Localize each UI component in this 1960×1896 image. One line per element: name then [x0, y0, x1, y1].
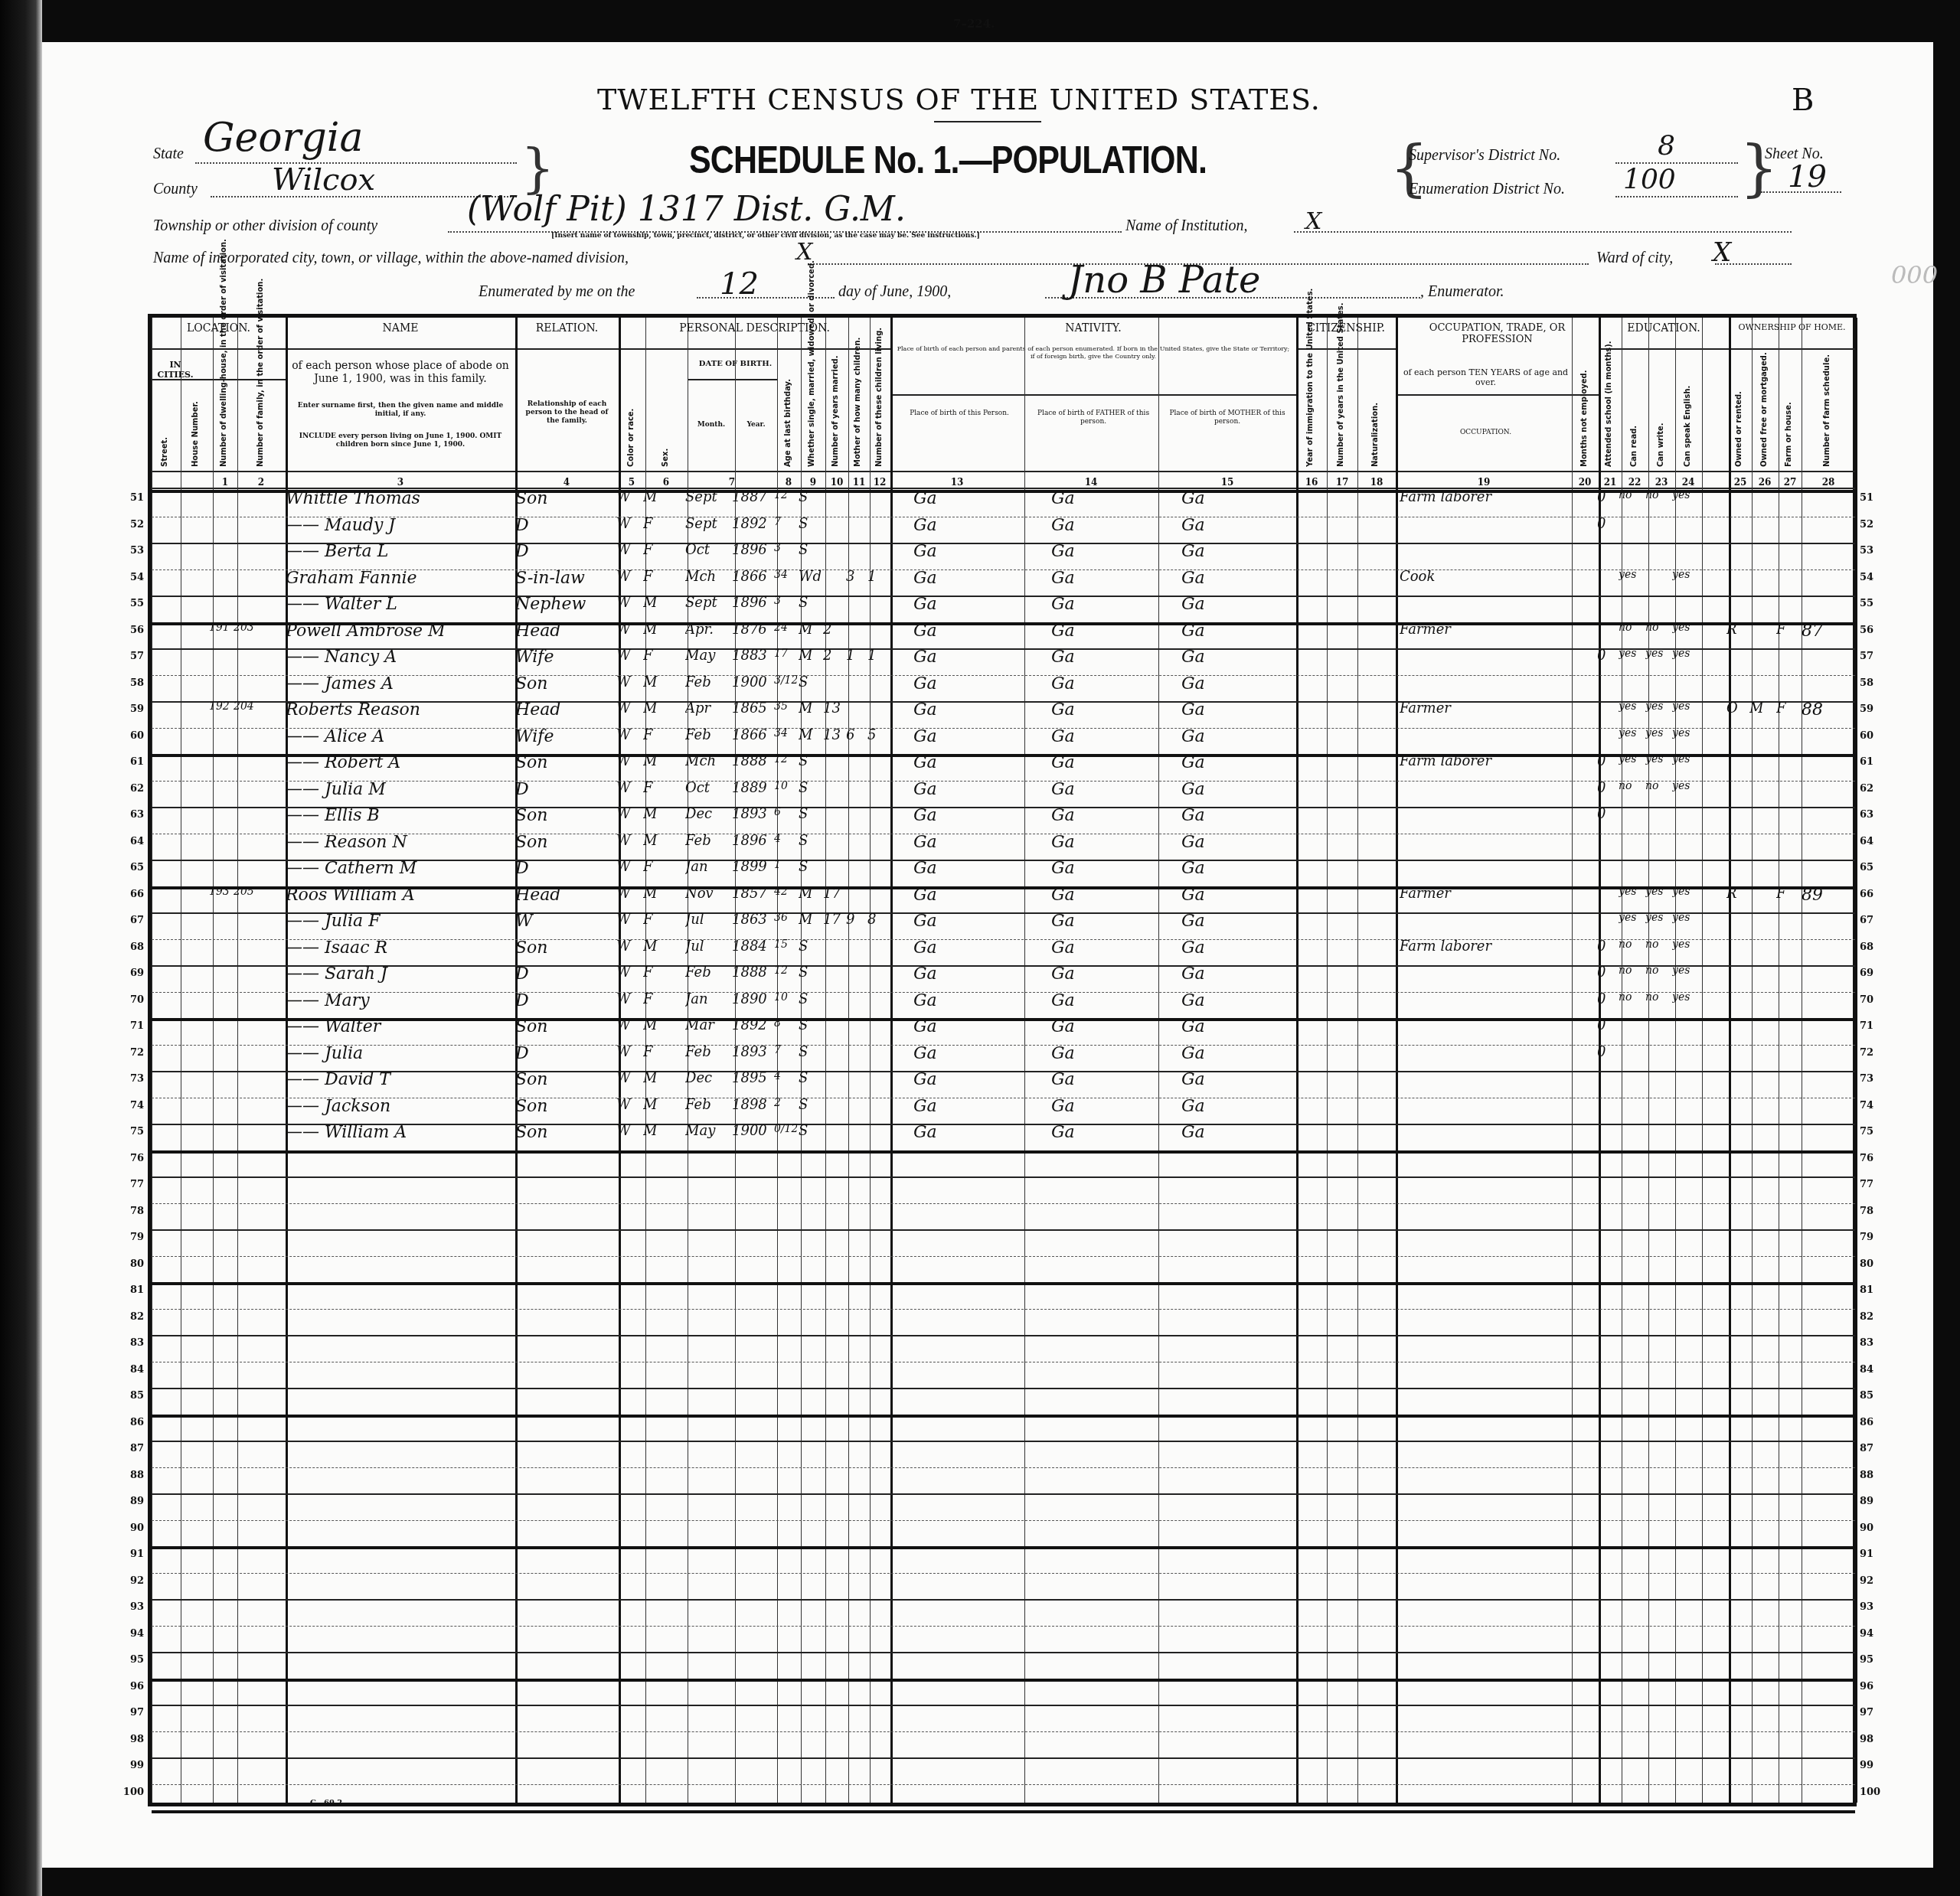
cell-family: 205: [234, 886, 279, 898]
line-number: 78: [1860, 1206, 1890, 1217]
line-number: 54: [113, 572, 144, 583]
supervisor-label: Supervisor's District No.: [1409, 147, 1560, 165]
cell-age: 35: [774, 700, 797, 713]
cell-speak: yes: [1672, 700, 1698, 713]
cell-sched: 88: [1802, 700, 1847, 720]
cell-year: 1900: [732, 1123, 773, 1139]
column-number: 18: [1365, 477, 1388, 488]
column-number: 9: [802, 477, 825, 488]
cell-mort: M: [1749, 700, 1775, 716]
line-number: 60: [1860, 730, 1890, 742]
cell-age: 3: [774, 542, 797, 554]
cell-dwelling: 191: [209, 622, 234, 634]
cell-bf: Ga: [1051, 1017, 1155, 1036]
cell-color: W: [616, 1017, 641, 1033]
line-number: 73: [113, 1073, 144, 1085]
row-rule: [152, 1441, 1855, 1442]
cell-bf: Ga: [1051, 780, 1155, 799]
township-note: [Insert name of township, town, precinct…: [551, 232, 980, 240]
header-naturalization: Naturalization.: [1371, 383, 1380, 467]
cell-marital: S: [799, 1044, 822, 1060]
line-number: 100: [113, 1787, 144, 1798]
cell-sex: F: [643, 991, 681, 1007]
cell-bm: Ga: [1181, 595, 1292, 614]
cell-year: 1893: [732, 806, 773, 822]
cell-month: Jul: [685, 938, 731, 955]
row-rule: [152, 1546, 1855, 1549]
column-divider: [1855, 318, 1857, 1803]
cell-name: Roos William A: [286, 886, 511, 905]
cell-read: no: [1619, 489, 1645, 501]
column-divider: [645, 318, 646, 1803]
column-number: 11: [848, 477, 871, 488]
header-street: Street.: [161, 383, 169, 467]
cell-year: 1892: [732, 516, 773, 532]
nativity-description: Place of birth of each person and parent…: [894, 345, 1292, 360]
column-number: 7: [720, 477, 743, 488]
cell-year: 1899: [732, 859, 773, 875]
cell-sex: M: [643, 753, 681, 769]
form-number: 7–224.: [953, 17, 995, 31]
cell-write: yes: [1645, 886, 1671, 898]
cell-bp: Ga: [913, 938, 1021, 958]
column-number: 22: [1623, 477, 1646, 488]
line-number: 62: [1860, 783, 1890, 795]
cell-bf: Ga: [1051, 569, 1155, 588]
cell-sex: F: [643, 964, 681, 981]
cell-color: W: [616, 886, 641, 902]
cell-relation: Son: [515, 674, 613, 693]
cell-marital: S: [799, 1123, 822, 1139]
line-number: 94: [113, 1628, 144, 1640]
line-number: 96: [113, 1681, 144, 1692]
county-value: Wilcox: [272, 162, 375, 197]
cell-month: May: [685, 648, 731, 664]
cell-bm: Ga: [1181, 700, 1292, 720]
line-number: 56: [113, 625, 144, 636]
cell-read: yes: [1619, 727, 1645, 739]
cell-year: 1892: [732, 1017, 773, 1033]
cell-speak: yes: [1672, 753, 1698, 765]
header-rule: [152, 348, 286, 350]
cell-owned: O: [1726, 700, 1748, 716]
cell-bp: Ga: [913, 674, 1021, 693]
line-number: 95: [113, 1654, 144, 1666]
line-number: 57: [113, 651, 144, 662]
cell-year: 1896: [732, 542, 773, 558]
header-school: Attended school (in months).: [1605, 383, 1613, 467]
line-number: 77: [1860, 1179, 1890, 1190]
cell-sex: M: [643, 595, 681, 611]
line-number: 70: [1860, 994, 1890, 1006]
column-divider: [777, 318, 778, 1803]
line-number: 100: [1860, 1787, 1890, 1798]
cell-marital: M: [799, 727, 822, 743]
cell-age: 4: [774, 1070, 797, 1082]
cell-ym: 13: [823, 727, 844, 743]
cell-bp: Ga: [913, 569, 1021, 588]
line-number: 52: [113, 519, 144, 530]
cell-year: 1857: [732, 886, 773, 902]
line-number: 80: [1860, 1258, 1890, 1270]
cell-bp: Ga: [913, 595, 1021, 614]
cell-month: Jul: [685, 912, 731, 928]
row-rule: [152, 1176, 1855, 1178]
cell-sex: F: [643, 912, 681, 928]
cell-age: 7: [774, 516, 797, 528]
cell-name: —— Walter: [286, 1017, 511, 1036]
cell-age: 12: [774, 964, 797, 977]
cell-bp: Ga: [913, 964, 1021, 984]
institution-value: X: [1305, 208, 1321, 235]
cell-school: 0: [1597, 780, 1618, 796]
cell-sex: F: [643, 1044, 681, 1060]
column-number: 27: [1779, 477, 1802, 488]
cell-school: 0: [1597, 991, 1618, 1007]
line-number: 67: [1860, 915, 1890, 926]
cell-year: 1889: [732, 780, 773, 796]
group-relation: RELATION.: [515, 322, 619, 334]
row-rule: [152, 1626, 1855, 1627]
line-number: 57: [1860, 651, 1890, 662]
cell-sex: F: [643, 780, 681, 796]
township-value: (Wolf Pit) 1317 Dist. G.M.: [467, 190, 906, 229]
cell-bp: Ga: [913, 1017, 1021, 1036]
cell-name: —— Jackson: [286, 1097, 511, 1116]
cell-marital: M: [799, 700, 822, 716]
cell-occupation: Farmer: [1400, 886, 1568, 902]
cell-dwelling: 192: [209, 700, 234, 713]
cell-relation: Nephew: [515, 595, 613, 614]
cell-color: W: [616, 595, 641, 611]
footer-code: C—69 2: [310, 1799, 342, 1807]
enumerator-signature: Jno B Pate: [1068, 259, 1260, 302]
cell-month: Oct: [685, 780, 731, 796]
line-number: 55: [1860, 598, 1890, 609]
cell-name: —— Mary: [286, 991, 511, 1010]
cell-speak: yes: [1672, 727, 1698, 739]
cell-sched: 89: [1802, 886, 1847, 905]
column-number: 5: [620, 477, 643, 488]
cell-bm: Ga: [1181, 1070, 1292, 1089]
enumerated-prefix: Enumerated by me on the: [479, 283, 635, 301]
cell-year: 1866: [732, 727, 773, 743]
line-number: 98: [1860, 1734, 1890, 1745]
cell-age: 15: [774, 938, 797, 951]
cell-marital: M: [799, 648, 822, 664]
cell-sex: M: [643, 1070, 681, 1086]
cell-name: —— James A: [286, 674, 511, 693]
cell-mother: 9: [846, 912, 866, 928]
cell-month: Feb: [685, 1097, 731, 1113]
birth-father-label: Place of birth of FATHER of this person.: [1028, 410, 1158, 426]
cell-year: 1888: [732, 964, 773, 981]
cell-year: 1896: [732, 833, 773, 849]
cell-bf: Ga: [1051, 727, 1155, 746]
cell-name: Roberts Reason: [286, 700, 511, 720]
cell-year: 1884: [732, 938, 773, 955]
cell-bp: Ga: [913, 1097, 1021, 1116]
supervisor-value: 8: [1658, 130, 1675, 162]
group-personal: PERSONAL DESCRIPTION.: [619, 322, 890, 334]
column-number: 1: [214, 477, 237, 488]
cell-color: W: [616, 833, 641, 849]
row-rule: [152, 1705, 1855, 1706]
cell-month: Feb: [685, 727, 731, 743]
cell-relation: Son: [515, 938, 613, 958]
row-rule: [152, 1493, 1855, 1495]
cell-speak: yes: [1672, 622, 1698, 634]
line-number: 89: [113, 1496, 144, 1507]
ed-label: Enumeration District No.: [1409, 181, 1565, 198]
cell-farm: F: [1776, 700, 1798, 716]
cell-speak: yes: [1672, 991, 1698, 1003]
cell-bf: Ga: [1051, 991, 1155, 1010]
cell-read: yes: [1619, 648, 1645, 660]
cell-year: 1896: [732, 595, 773, 611]
cell-ym: 13: [823, 700, 844, 716]
cell-year: 1893: [732, 1044, 773, 1060]
cell-bm: Ga: [1181, 1017, 1292, 1036]
cell-marital: Wd: [799, 569, 822, 585]
row-rule: [152, 1309, 1855, 1310]
column-number: 10: [825, 477, 848, 488]
column-divider: [1702, 318, 1703, 1803]
cell-mother: 1: [846, 648, 866, 664]
column-divider: [1327, 318, 1328, 1803]
column-divider: [1296, 318, 1298, 1803]
line-number: 84: [113, 1364, 144, 1375]
cell-write: no: [1645, 991, 1671, 1003]
cell-bf: Ga: [1051, 886, 1155, 905]
cell-relation: D: [515, 991, 613, 1010]
cell-name: —— William A: [286, 1123, 511, 1142]
cell-read: yes: [1619, 569, 1645, 581]
line-number: 63: [1860, 809, 1890, 821]
cell-year: 1863: [732, 912, 773, 928]
line-number: 85: [113, 1390, 144, 1402]
line-number: 82: [1860, 1311, 1890, 1323]
line-number: 93: [1860, 1601, 1890, 1613]
column-divider: [1648, 318, 1649, 1803]
cell-age: 7: [774, 1044, 797, 1056]
state-value: Georgia: [203, 115, 363, 161]
cell-bm: Ga: [1181, 1123, 1292, 1142]
cell-bf: Ga: [1051, 700, 1155, 720]
header-farm-schedule: Number of farm schedule.: [1823, 383, 1831, 467]
cell-bm: Ga: [1181, 780, 1292, 799]
line-number: 65: [113, 862, 144, 873]
cell-speak: yes: [1672, 938, 1698, 951]
line-number: 72: [1860, 1047, 1890, 1059]
cell-color: W: [616, 1044, 641, 1060]
cell-month: Apr.: [685, 622, 731, 638]
cell-month: Feb: [685, 674, 731, 690]
cell-month: Nov: [685, 886, 731, 902]
cell-bp: Ga: [913, 753, 1021, 772]
line-number: 76: [1860, 1153, 1890, 1164]
column-number: 8: [777, 477, 800, 488]
cell-dwelling: 193: [209, 886, 234, 898]
state-label: State: [153, 145, 184, 163]
cell-bf: Ga: [1051, 912, 1155, 931]
cell-bm: Ga: [1181, 648, 1292, 667]
cell-name: Whittle Thomas: [286, 489, 511, 508]
line-number: 76: [113, 1153, 144, 1164]
cell-marital: M: [799, 912, 822, 928]
line-number: 68: [113, 941, 144, 953]
cell-name: —— Cathern M: [286, 859, 511, 878]
line-number: 54: [1860, 572, 1890, 583]
cell-month: Feb: [685, 1044, 731, 1060]
cell-name: —— Robert A: [286, 753, 511, 772]
header-rule: [619, 348, 890, 350]
cell-bf: Ga: [1051, 859, 1155, 878]
relation-description: Relationship of each person to the head …: [519, 400, 615, 425]
cell-bf: Ga: [1051, 516, 1155, 535]
cell-bm: Ga: [1181, 806, 1292, 825]
column-divider: [1396, 318, 1398, 1803]
cell-color: W: [616, 938, 641, 955]
line-number: 70: [113, 994, 144, 1006]
cell-write: no: [1645, 780, 1671, 792]
cell-bp: Ga: [913, 991, 1021, 1010]
column-divider: [237, 318, 238, 1803]
cell-relation: Son: [515, 806, 613, 825]
line-number: 72: [113, 1047, 144, 1059]
cell-school: 0: [1597, 648, 1618, 664]
cell-relation: Son: [515, 1123, 613, 1142]
header-free-mortgaged: Owned free or mortgaged.: [1760, 383, 1769, 467]
enumerated-suffix: day of June, 1900,: [838, 283, 951, 301]
cell-relation: W: [515, 912, 613, 931]
cell-marital: S: [799, 991, 822, 1007]
header-can-read: Can read.: [1630, 383, 1638, 467]
line-number: 87: [1860, 1443, 1890, 1454]
cell-marital: S: [799, 753, 822, 769]
line-number: 51: [113, 492, 144, 504]
column-number: 2: [250, 477, 273, 488]
cell-bf: Ga: [1051, 622, 1155, 641]
cell-sex: M: [643, 1097, 681, 1113]
line-number: 88: [1860, 1470, 1890, 1481]
cell-marital: S: [799, 516, 822, 532]
line-number: 62: [113, 783, 144, 795]
line-number: 59: [1860, 703, 1890, 715]
cell-bm: Ga: [1181, 674, 1292, 693]
line-number: 66: [1860, 889, 1890, 900]
line-number: 99: [1860, 1760, 1890, 1771]
column-divider: [801, 318, 802, 1803]
column-divider: [1024, 318, 1025, 1803]
column-number: 21: [1599, 477, 1622, 488]
cell-ym: 17: [823, 912, 844, 928]
cell-bp: Ga: [913, 622, 1021, 641]
cell-color: W: [616, 1123, 641, 1139]
header-house: House Number.: [191, 383, 200, 467]
cell-school: 0: [1597, 1044, 1618, 1060]
cell-age: 34: [774, 569, 797, 581]
ward-value: X: [1713, 237, 1731, 268]
column-divider: [825, 318, 826, 1803]
cell-relation: D: [515, 1044, 613, 1063]
cell-mother: 6: [846, 727, 866, 743]
line-number: 61: [1860, 756, 1890, 768]
row-rule: [152, 1731, 1855, 1732]
cell-age: 36: [774, 912, 797, 924]
name-instructions: Enter surname first, then the given name…: [293, 402, 508, 419]
cell-year: 1865: [732, 700, 773, 716]
cell-bf: Ga: [1051, 648, 1155, 667]
cell-month: Sept: [685, 595, 731, 611]
cell-relation: D: [515, 516, 613, 535]
line-number: 82: [113, 1311, 144, 1323]
cell-marital: S: [799, 780, 822, 796]
cell-relation: Wife: [515, 727, 613, 746]
cell-occupation: Farmer: [1400, 700, 1568, 716]
line-number: 75: [1860, 1126, 1890, 1137]
column-divider: [152, 318, 152, 1803]
header-rule: [152, 379, 286, 380]
cell-age: 3/12: [774, 674, 797, 687]
line-number: 84: [1860, 1364, 1890, 1375]
line-number: 90: [113, 1522, 144, 1534]
cell-marital: S: [799, 859, 822, 875]
cell-sched: 87: [1802, 622, 1847, 641]
cell-farm: F: [1776, 886, 1798, 902]
cell-read: no: [1619, 964, 1645, 977]
line-number: 52: [1860, 519, 1890, 530]
cell-mother: 3: [846, 569, 866, 585]
cell-year: 1890: [732, 991, 773, 1007]
column-number: 24: [1677, 477, 1700, 488]
header-mother-of: Mother of how many children.: [854, 383, 862, 467]
row-rule: [152, 1467, 1855, 1468]
cell-marital: S: [799, 1097, 822, 1113]
group-ownership: OWNERSHIP OF HOME.: [1729, 322, 1855, 332]
header-months-unemployed: Months not employed.: [1580, 383, 1589, 467]
header-dwelling: Number of dwelling-house, in the order o…: [220, 383, 228, 467]
cell-bp: Ga: [913, 727, 1021, 746]
column-divider: [1357, 318, 1358, 1803]
line-number: 69: [113, 968, 144, 979]
cell-color: W: [616, 964, 641, 981]
row-rule: [152, 1679, 1855, 1682]
cell-relation: Head: [515, 886, 613, 905]
cell-speak: yes: [1672, 780, 1698, 792]
cell-age: 10: [774, 991, 797, 1003]
name-include-note: INCLUDE every person living on June 1, 1…: [293, 432, 508, 449]
cell-age: 34: [774, 727, 797, 739]
cell-speak: yes: [1672, 964, 1698, 977]
cell-name: Powell Ambrose M: [286, 622, 511, 641]
line-number: 81: [1860, 1284, 1890, 1296]
schedule-title: SCHEDULE No. 1.—POPULATION.: [689, 138, 1207, 182]
cell-write: no: [1645, 964, 1671, 977]
name-description: of each person whose place of abode on J…: [289, 360, 511, 386]
cell-bp: Ga: [913, 1070, 1021, 1089]
column-number: 13: [946, 477, 969, 488]
ed-line: [1615, 196, 1738, 197]
column-divider: [181, 318, 181, 1803]
cell-name: Graham Fannie: [286, 569, 511, 588]
occupation-description: of each person TEN YEARS of age and over…: [1400, 367, 1572, 387]
line-number: 99: [113, 1760, 144, 1771]
cell-write: yes: [1645, 753, 1671, 765]
cell-speak: yes: [1672, 648, 1698, 660]
cell-school: 0: [1597, 489, 1618, 505]
cell-sex: M: [643, 674, 681, 690]
